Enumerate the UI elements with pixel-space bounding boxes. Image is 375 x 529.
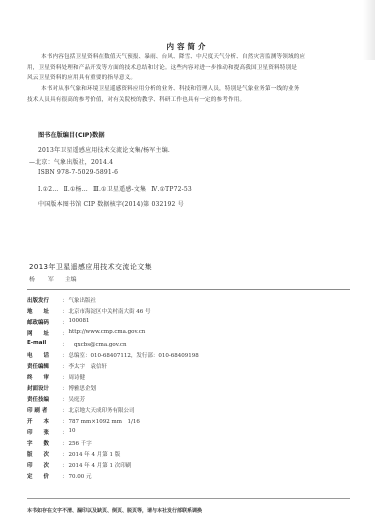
imprint-value: 2014 年 4 月第 1 次印刷 bbox=[68, 461, 132, 471]
editor-name-1: 杨 bbox=[29, 274, 48, 283]
imprint-value: 70.00 元 bbox=[68, 472, 92, 482]
imprint-value: 100081 bbox=[68, 318, 90, 328]
editor-role: 主编 bbox=[65, 274, 77, 283]
imprint-value: qxcbs@cma.gov.cn bbox=[68, 340, 127, 350]
imprint-label: 版 次 bbox=[27, 450, 62, 460]
imprint-label: 出版发行 bbox=[27, 296, 62, 306]
cip-classification: Ⅰ.①2… Ⅱ.①杨… Ⅲ.①卫星遥感-文集 Ⅳ.①TP72-53 bbox=[38, 184, 192, 193]
editor-name-2: 军 bbox=[48, 274, 65, 283]
imprint-value: 李太宇 袁信轩 bbox=[68, 362, 108, 372]
book-editor: 杨军主编 bbox=[29, 274, 77, 283]
imprint-label: 电 话 bbox=[27, 351, 62, 361]
imprint-value: 博雅思企划 bbox=[68, 384, 97, 394]
imprint-row-printing: 印 次：2014 年 4 月第 1 次印刷 bbox=[27, 461, 131, 471]
imprint-label: 责任技编 bbox=[27, 395, 62, 405]
book-title: 2013年卫星遥感应用技术交流论文集 bbox=[29, 262, 152, 272]
imprint-label: 印 次 bbox=[27, 461, 62, 471]
imprint-row-email: E-mail： qxcbs@cma.gov.cn bbox=[27, 340, 127, 350]
imprint-label: 地 址 bbox=[27, 307, 62, 317]
imprint-row-publisher: 出版发行：气象出版社 bbox=[27, 296, 96, 306]
summary-paragraph-2-line-1: 本书对从事气象和环境卫星遥感资料应用分析的业务、科技和管理人员，特别是气象业务第… bbox=[41, 84, 299, 95]
imprint-value: 吴庭芳 bbox=[68, 395, 86, 405]
summary-title: 内容简介 bbox=[0, 41, 375, 52]
bottom-divider bbox=[27, 498, 350, 499]
summary-paragraph-1-line-2: 用，卫星资料处理和产品开发等方面的技术总结和讨论。这些内容对进一步推动和提高我国… bbox=[27, 63, 297, 74]
cip-isbn: ISBN 978-7-5029-5891-6 bbox=[38, 169, 118, 176]
imprint-label: 印 刷 者 bbox=[27, 406, 62, 416]
imprint-row-final-review: 终 审：周诗健 bbox=[27, 373, 85, 383]
imprint-value: 256 千字 bbox=[68, 439, 92, 449]
imprint-label: 责任编辑 bbox=[27, 362, 62, 372]
imprint-row-address: 地 址：北京市海淀区中关村南大街 46 号 bbox=[27, 307, 151, 317]
imprint-value: 气象出版社 bbox=[68, 296, 97, 306]
imprint-row-website: 网 址：http://www.cmp.cma.gov.cn bbox=[27, 329, 145, 339]
imprint-row-sheets: 印 张：10 bbox=[27, 428, 76, 438]
imprint-label: 定 价 bbox=[27, 472, 62, 482]
imprint-label: 网 址 bbox=[27, 329, 62, 339]
imprint-row-cover-design: 封面设计：博雅思企划 bbox=[27, 384, 96, 394]
imprint-value: 总编室：010-68407112，发行部：010-68409198 bbox=[68, 351, 199, 361]
imprint-row-format: 开 本：787 mm×1092 mm 1/16 bbox=[27, 417, 140, 427]
imprint-value: 北京地大天成印务有限公司 bbox=[68, 406, 135, 416]
imprint-label: 字 数 bbox=[27, 439, 62, 449]
imprint-value: 2014 年 4 月第 1 版 bbox=[68, 450, 121, 460]
imprint-row-price: 定 价：70.00 元 bbox=[27, 472, 92, 482]
imprint-row-printer: 印 刷 者：北京地大天成印务有限公司 bbox=[27, 406, 135, 416]
imprint-label: 印 张 bbox=[27, 428, 62, 438]
cip-title-line: 2013年卫星遥感应用技术交流论文集/杨军主编. bbox=[38, 145, 170, 154]
footer-note: 本书如存在文字不清、漏印以及缺页、倒页、脱页等，请与本社发行部联系调换 bbox=[27, 507, 202, 514]
imprint-row-technical-editor: 责任技编：吴庭芳 bbox=[27, 395, 85, 405]
summary-paragraph-1-line-3: 风云卫星资料的应用具有重要的指导意义。 bbox=[27, 73, 136, 84]
imprint-row-phone: 电 话：总编室：010-68407112，发行部：010-68409198 bbox=[27, 351, 199, 361]
imprint-label: 封面设计 bbox=[27, 384, 62, 394]
imprint-row-word-count: 字 数：256 千字 bbox=[27, 439, 92, 449]
imprint-value: http://www.cmp.cma.gov.cn bbox=[68, 329, 146, 339]
cip-publisher-line: —北京：气象出版社，2014.4 bbox=[29, 157, 113, 166]
imprint-value: 787 mm×1092 mm 1/16 bbox=[68, 417, 140, 427]
summary-paragraph-1-line-1: 本书内容包括卫星资料在数值天气预报、暴雨、台风、降雪、中尺度天气分析、自然灾害监… bbox=[41, 52, 305, 63]
imprint-row-postcode: 邮政编码：100081 bbox=[27, 318, 90, 328]
imprint-row-responsible-editor: 责任编辑：李太宇 袁信轩 bbox=[27, 362, 107, 372]
imprint-label: 终 审 bbox=[27, 373, 62, 383]
cip-heading: 图书在版编目(CIP)数据 bbox=[38, 130, 105, 139]
summary-paragraph-2-line-2: 技术人员具有很高的参考价值，对有关院校的教学、科研工作也具有一定的参考作用。 bbox=[27, 95, 245, 106]
imprint-value: 10 bbox=[68, 428, 76, 438]
imprint-label: 开 本 bbox=[27, 417, 62, 427]
imprint-label: 邮政编码 bbox=[27, 318, 62, 328]
cip-catalog-number: 中国版本图书馆 CIP 数据核字(2014)第 032192 号 bbox=[38, 199, 184, 208]
imprint-value: 北京市海淀区中关村南大街 46 号 bbox=[68, 307, 151, 317]
imprint-row-edition: 版 次：2014 年 4 月第 1 版 bbox=[27, 450, 120, 460]
imprint-label: E-mail bbox=[27, 340, 62, 350]
top-divider bbox=[27, 289, 350, 290]
imprint-value: 周诗健 bbox=[68, 373, 86, 383]
